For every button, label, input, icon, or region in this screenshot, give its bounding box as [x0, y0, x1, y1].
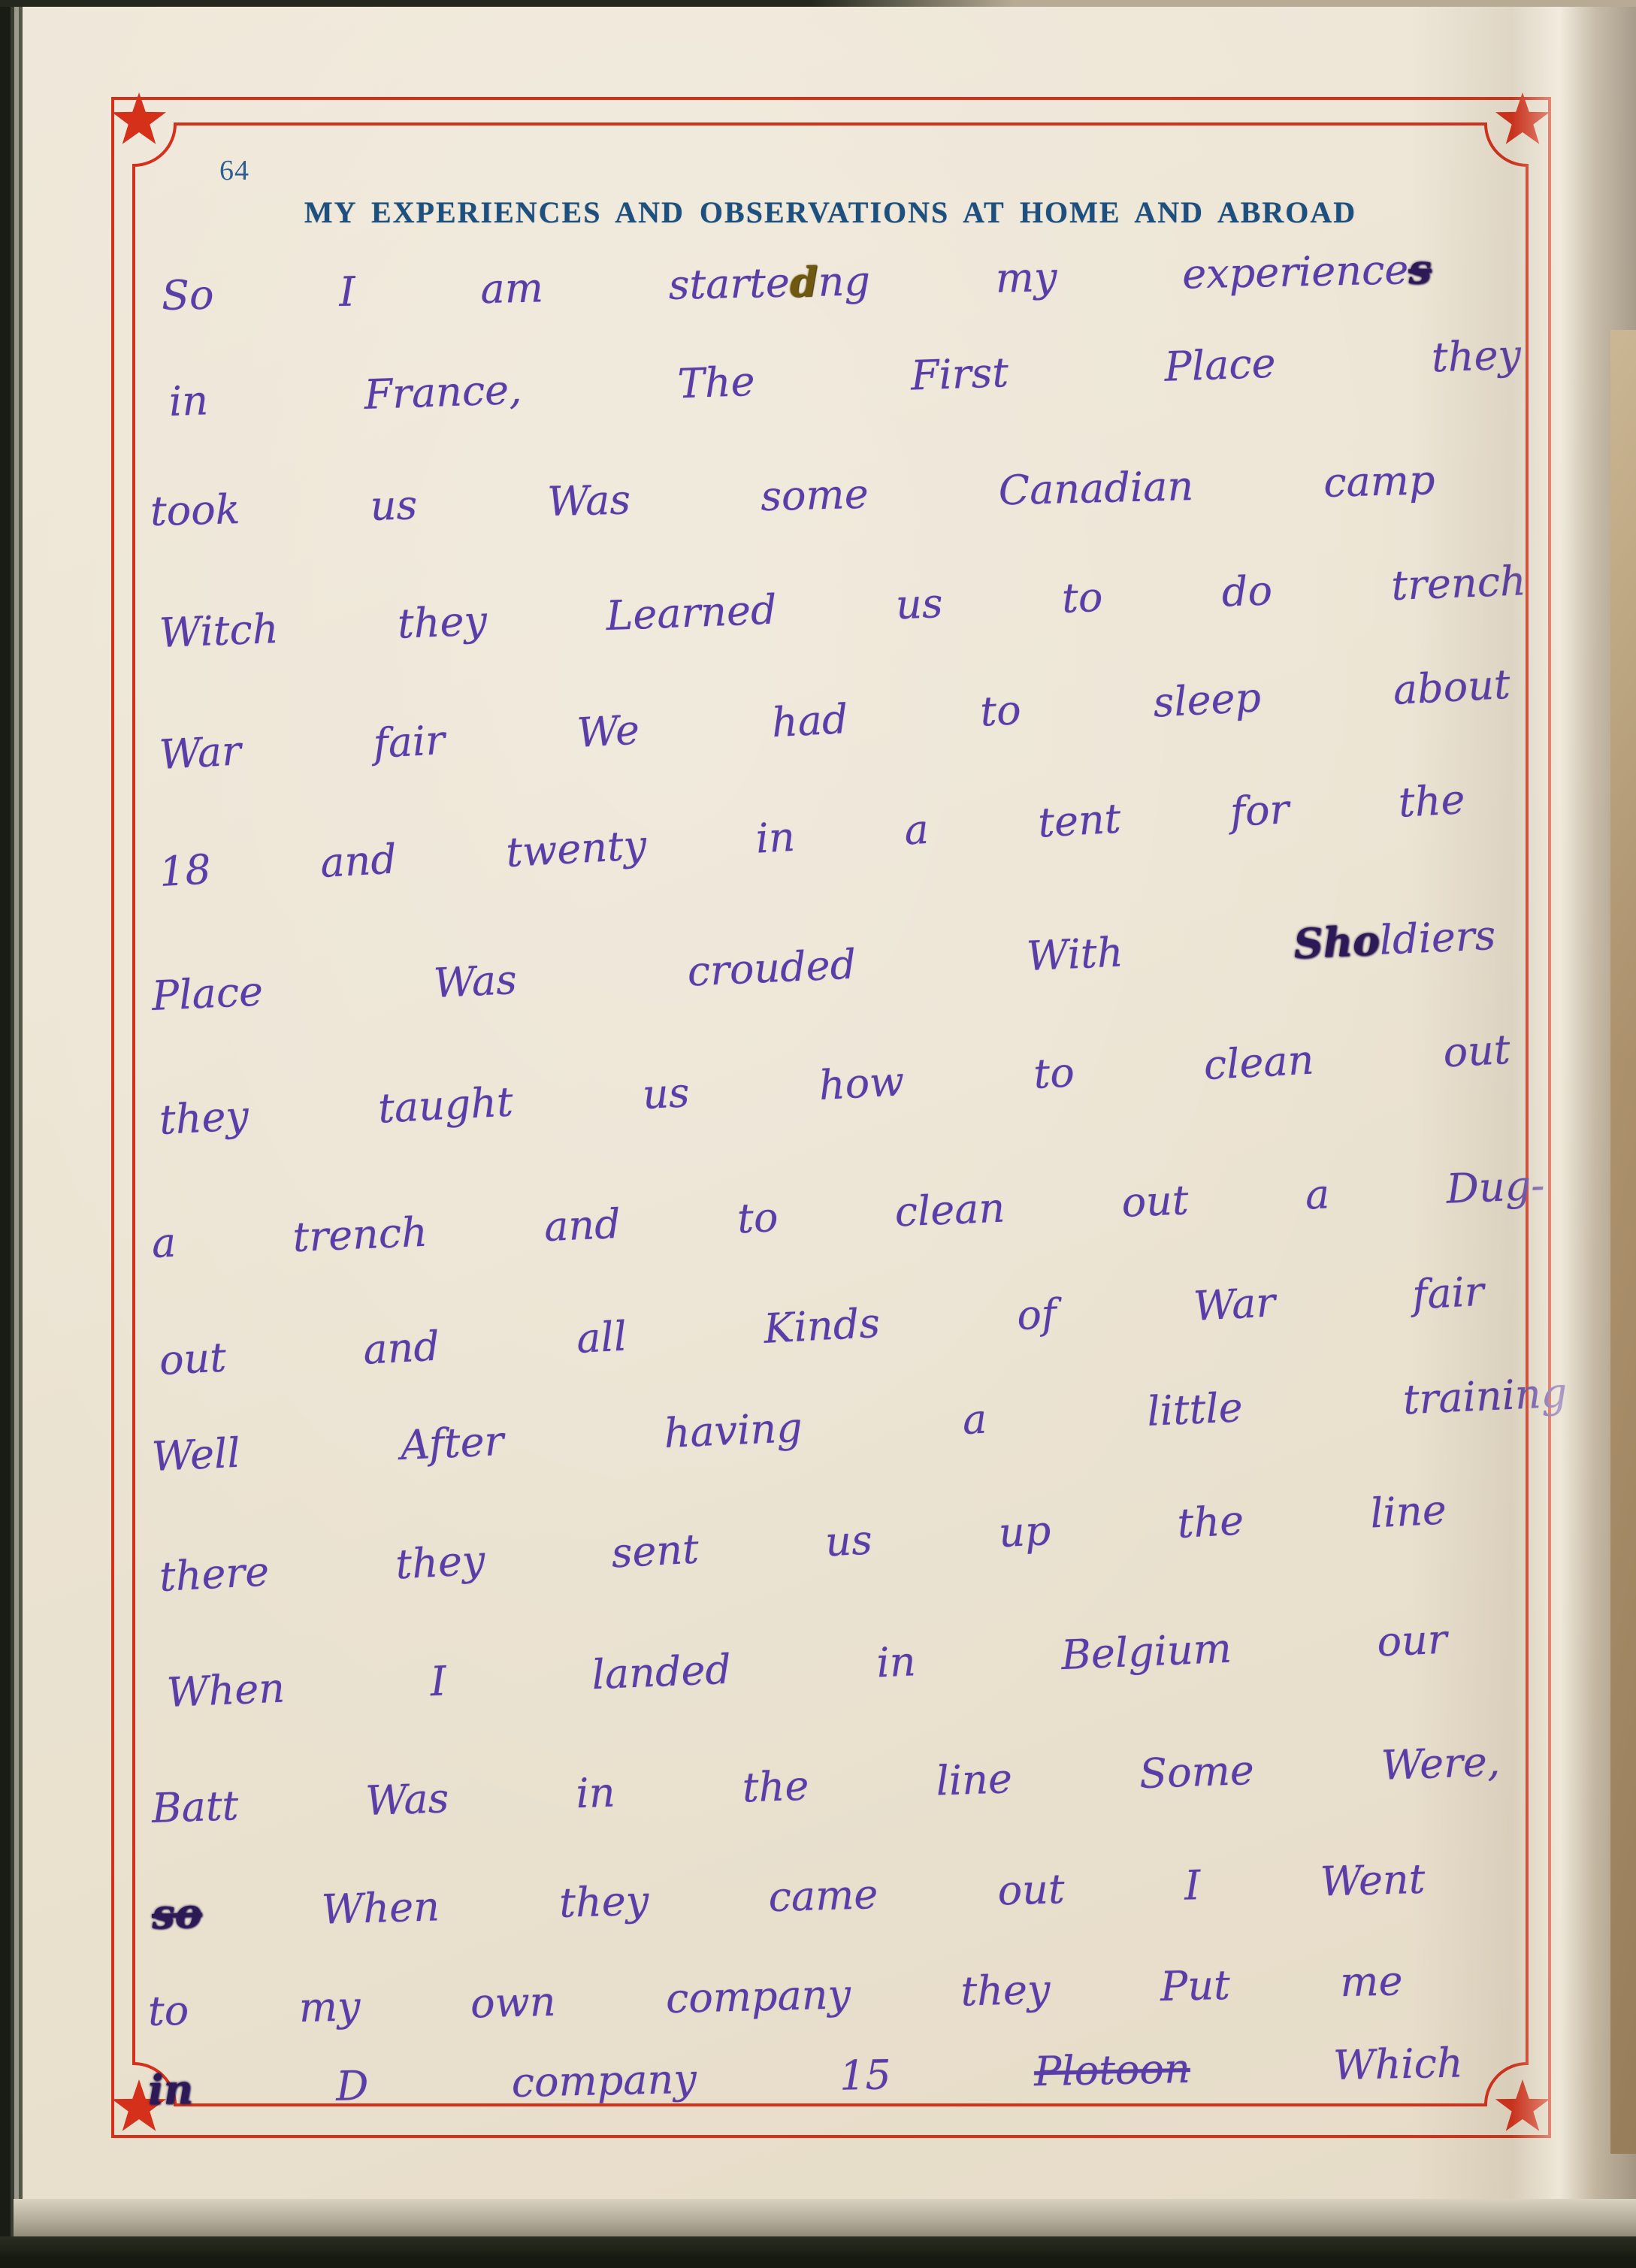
manuscript-word: the — [1397, 776, 1466, 827]
manuscript-word: experiences — [1182, 245, 1432, 298]
manuscript-word: Dug- — [1445, 1161, 1545, 1212]
manuscript-word: all — [576, 1312, 628, 1362]
manuscript-word: Went — [1320, 1855, 1426, 1906]
manuscript-word: having — [663, 1404, 803, 1457]
manuscript-word: out — [1120, 1176, 1190, 1226]
manuscript-word: startedng — [668, 256, 870, 309]
manuscript-word: After — [399, 1417, 504, 1469]
manuscript-word: clean — [1202, 1036, 1315, 1090]
manuscript-word: to — [736, 1193, 779, 1242]
manuscript-word: War — [1193, 1278, 1277, 1330]
manuscript-word: out — [158, 1333, 227, 1384]
manuscript-word: line — [1369, 1486, 1447, 1537]
manuscript-word: of — [1016, 1290, 1058, 1339]
manuscript-word: 15 — [839, 2051, 891, 2099]
manuscript-word: to — [1033, 1048, 1075, 1098]
manuscript-word: Place — [1163, 340, 1276, 391]
manuscript-word: our — [1376, 1616, 1448, 1666]
manuscript-word: and — [319, 835, 398, 887]
manuscript-word: and — [362, 1323, 441, 1374]
manuscript-line: tookusWassomeCanadiancamp — [150, 456, 1435, 535]
manuscript-word: The — [677, 358, 756, 408]
manuscript-word: to — [979, 686, 1022, 736]
manuscript-word: a — [903, 806, 930, 854]
manuscript-word: the — [742, 1761, 810, 1811]
manuscript-word: to — [1061, 573, 1104, 622]
manuscript-line: WitchtheyLearnedustodotrench — [159, 557, 1527, 657]
manuscript-word: tent — [1037, 795, 1122, 847]
manuscript-word: taught — [376, 1078, 514, 1132]
manuscript-word: Was — [433, 956, 518, 1007]
manuscript-word: about — [1392, 661, 1511, 714]
manuscript-word: fair — [1411, 1268, 1485, 1319]
manuscript-word: us — [641, 1069, 691, 1118]
manuscript-word: they — [397, 597, 488, 648]
manuscript-word: twenty — [505, 821, 648, 876]
manuscript-word: With — [1026, 928, 1124, 980]
manuscript-word: Kinds — [763, 1299, 882, 1353]
manuscript-word: own — [470, 1978, 556, 2028]
manuscript-word: in — [168, 376, 209, 425]
manuscript-word: Batt — [151, 1782, 239, 1832]
manuscript-word: there — [158, 1547, 270, 1601]
manuscript-word: landed — [591, 1646, 732, 1699]
manuscript-word: clean — [894, 1184, 1005, 1235]
manuscript-word: company — [511, 2055, 697, 2106]
manuscript-word: they — [558, 1877, 649, 1927]
manuscript-word: When — [321, 1882, 440, 1933]
manuscript-word: Plotoon — [1033, 2045, 1190, 2095]
manuscript-line: WellAfterhavingalittletraining — [151, 1369, 1568, 1480]
manuscript-word: took — [150, 485, 240, 535]
manuscript-word: When — [166, 1664, 286, 1716]
manuscript-word: a — [1305, 1170, 1331, 1218]
manuscript-word: so — [151, 1888, 202, 1938]
manuscript-word: us — [370, 481, 418, 530]
manuscript-word: to — [147, 1987, 189, 2035]
manuscript-word: out — [1442, 1026, 1511, 1077]
manuscript-word: and — [543, 1200, 621, 1250]
manuscript-word: us — [895, 579, 944, 628]
manuscript-line: soWhentheycameoutIWent — [151, 1855, 1426, 1938]
manuscript-word: they — [395, 1536, 486, 1588]
manuscript-word: a — [961, 1396, 987, 1444]
adjacent-page-edge — [1610, 330, 1636, 2154]
manuscript-word: trench — [292, 1208, 428, 1261]
manuscript-word: Well — [151, 1429, 241, 1480]
manuscript-word: Belgium — [1060, 1625, 1232, 1679]
manuscript-word: my — [298, 1982, 361, 2031]
manuscript-word: they — [1431, 331, 1522, 381]
manuscript-word: some — [761, 470, 869, 520]
page-edges-bottom — [14, 2199, 1636, 2238]
manuscript-word: training — [1402, 1369, 1568, 1424]
manuscript-word: We — [576, 706, 640, 757]
manuscript-word: Canadian — [998, 462, 1194, 514]
manuscript-line: WhenIlandedinBelgiumour — [166, 1616, 1448, 1716]
manuscript-word: War — [158, 727, 242, 779]
manuscript-word: had — [770, 695, 849, 746]
manuscript-word: am — [480, 264, 544, 313]
manuscript-word: the — [1176, 1496, 1245, 1547]
manuscript-line: BattWasinthelineSomeWere, — [151, 1737, 1501, 1832]
manuscript-word: how — [818, 1057, 906, 1109]
manuscript-word: trench — [1390, 557, 1527, 609]
manuscript-line: WarfairWehadtosleepabout — [158, 661, 1511, 779]
manuscript-line: 18andtwentyinatentforthe — [158, 776, 1466, 896]
manuscript-word: a — [151, 1219, 177, 1267]
manuscript-word: in — [754, 813, 796, 863]
manuscript-word: 18 — [158, 845, 212, 896]
manuscript-word: I — [339, 268, 356, 316]
manuscript-word: Was — [364, 1774, 449, 1825]
manuscript-word: camp — [1323, 456, 1436, 507]
manuscript-word: me — [1340, 1957, 1404, 2006]
manuscript-line: atrenchandtocleanoutaDug- — [151, 1161, 1546, 1267]
manuscript-word: fair — [372, 716, 446, 767]
diary-page: 64 MY EXPERIENCES AND OBSERVATIONS AT HO… — [23, 7, 1636, 2199]
manuscript-word: do — [1221, 567, 1273, 616]
manuscript-word: company — [665, 1970, 851, 2022]
manuscript-word: they — [158, 1092, 249, 1144]
manuscript-word: came — [768, 1870, 878, 1921]
manuscript-word: in — [575, 1768, 615, 1817]
manuscript-word: in — [875, 1637, 917, 1686]
manuscript-word: Were, — [1380, 1737, 1501, 1789]
manuscript-word: Witch — [159, 605, 280, 657]
book-cover-edge-top — [0, 0, 1015, 7]
manuscript-line: outandallKindsofWarfair — [158, 1268, 1485, 1384]
manuscript-word: Learned — [605, 585, 777, 640]
manuscript-word: I — [1184, 1861, 1201, 1910]
book-scan: 64 MY EXPERIENCES AND OBSERVATIONS AT HO… — [0, 0, 1636, 2268]
manuscript-line: PlaceWascroudedWithSholdiers — [151, 911, 1497, 1020]
manuscript-word: Place — [151, 967, 265, 1020]
manuscript-word: in — [147, 2065, 193, 2114]
manuscript-line: theretheysentusuptheline — [158, 1486, 1447, 1601]
book-cover-edge-bottom — [0, 2236, 1636, 2268]
manuscript-word: us — [824, 1516, 873, 1565]
manuscript-word: Was — [547, 476, 631, 525]
manuscript-word: Which — [1332, 2039, 1463, 2089]
manuscript-word: my — [995, 253, 1057, 302]
manuscript-line: inDcompany15PlotoonWhich — [147, 2038, 1463, 2114]
manuscript-word: So — [161, 271, 214, 319]
manuscript-line: SoIamstartedngmyexperiences — [161, 245, 1432, 319]
book-cover-edge-left — [0, 0, 23, 2268]
manuscript-word: little — [1146, 1383, 1244, 1435]
manuscript-word: line — [935, 1755, 1012, 1804]
manuscript-word: France, — [364, 366, 523, 419]
manuscript-word: sent — [610, 1525, 700, 1577]
manuscript-word: they — [960, 1966, 1051, 2015]
manuscript-line: inFrance,TheFirstPlacethey — [168, 331, 1522, 425]
manuscript-word: for — [1229, 785, 1290, 836]
manuscript-line: theytaughtushowtocleanout — [158, 1026, 1511, 1144]
manuscript-word: up — [997, 1507, 1052, 1557]
manuscript-word: crouded — [686, 940, 857, 995]
manuscript-word: Sholdiers — [1293, 911, 1497, 968]
manuscript-word: Put — [1160, 1961, 1230, 2010]
manuscript-word: out — [997, 1865, 1066, 1914]
manuscript-word: Some — [1139, 1746, 1255, 1798]
manuscript-word: I — [429, 1657, 447, 1705]
manuscript-word: First — [910, 349, 1009, 399]
manuscript-word: sleep — [1152, 673, 1263, 726]
manuscript-line: tomyowncompanytheyPutme — [147, 1957, 1403, 2035]
manuscript-word: D — [335, 2062, 369, 2110]
handwritten-entry: SoIamstartedngmyexperiencesinFrance,TheF… — [23, 7, 1636, 2199]
